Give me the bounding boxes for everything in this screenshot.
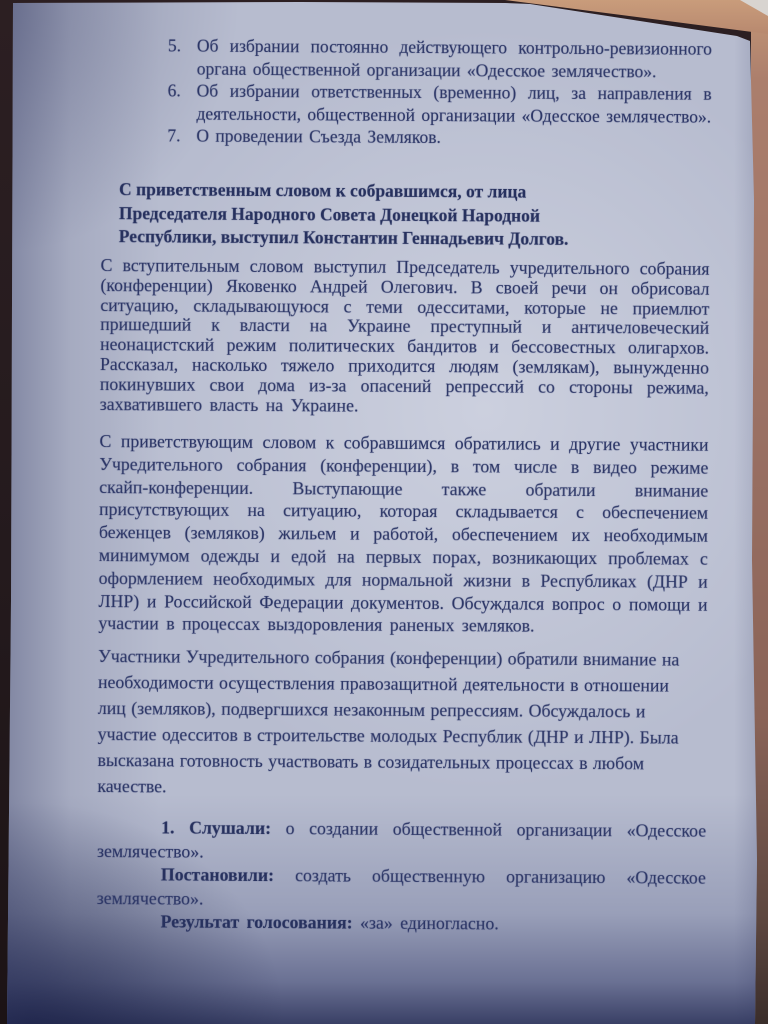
body-paragraph: Участники Учредительного собрания (конфе… (97, 643, 698, 803)
resolution-label: Постановили: (161, 864, 274, 885)
agenda-item-number: 7. (167, 124, 196, 147)
resolution-label: 1. Слушали: (161, 817, 271, 838)
agenda-item-text: Об избрании ответственных (временно) лиц… (196, 80, 711, 128)
agenda-item-text: О проведении Съезда Земляков. (196, 125, 711, 151)
resolution-item: Результат голосования: «за» единогласно. (97, 910, 706, 937)
agenda-item-text: Об избрании постоянно действующего контр… (197, 35, 712, 83)
document-text: 5. Об избрании постоянно действующего ко… (92, 34, 712, 998)
resolution-text: «за» единогласно. (360, 913, 499, 934)
greeting-paragraph: С приветственным словом к собравшимся, о… (119, 178, 624, 252)
resolution-item: Постановили: создать общественную органи… (97, 863, 706, 914)
document-photo: 5. Об избрании постоянно действующего ко… (0, 0, 768, 1024)
resolution-label: Результат голосования: (161, 911, 353, 932)
agenda-item-number: 5. (168, 34, 197, 79)
resolution-section: 1. Слушали: о создании общественной орга… (97, 816, 707, 937)
agenda-item: 5. Об избрании постоянно действующего ко… (168, 34, 712, 82)
agenda-list: 5. Об избрании постоянно действующего ко… (97, 34, 712, 150)
body-paragraph: С приветствующим словом к собравшимся об… (98, 430, 708, 639)
agenda-item-number: 6. (167, 79, 196, 124)
body-paragraph: С вступительным словом выступил Председа… (100, 256, 710, 418)
agenda-item: 7. О проведении Съезда Земляков. (167, 124, 711, 150)
agenda-item: 6. Об избрании ответственных (временно) … (167, 79, 711, 127)
resolution-item: 1. Слушали: о создании общественной орга… (97, 816, 706, 867)
